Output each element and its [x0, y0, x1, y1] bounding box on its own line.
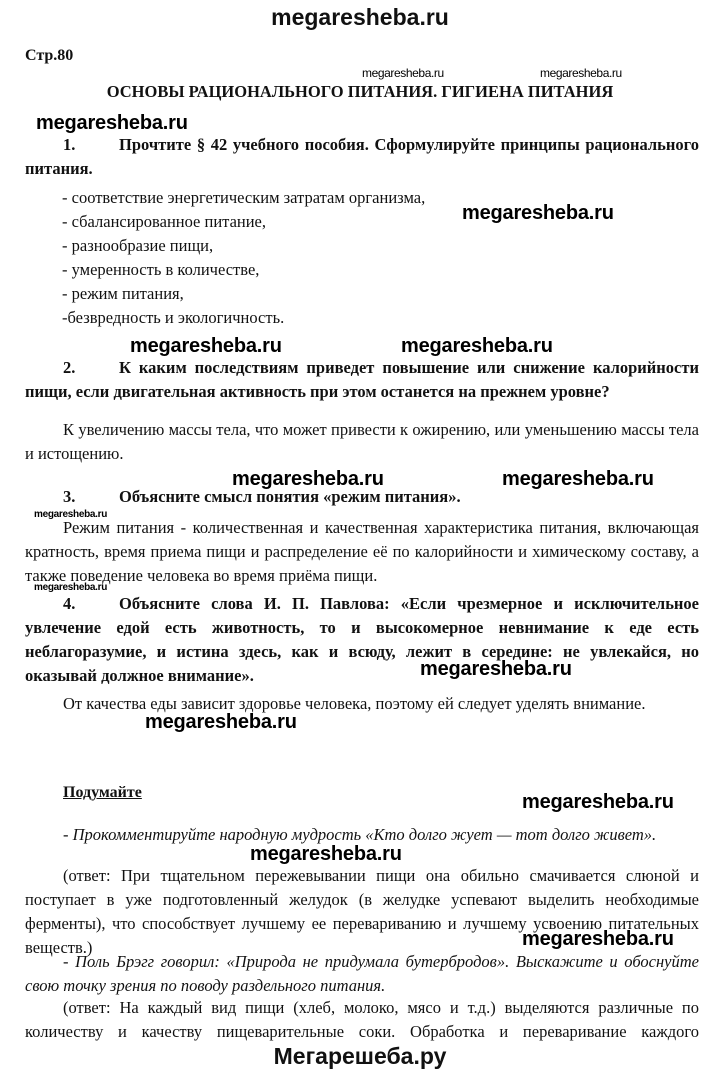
watermark: megaresheba.ru: [362, 66, 444, 80]
question-4: 4.Объясните слова И. П. Павлова: «Если ч…: [25, 592, 699, 688]
list-item: -безвредность и экологичность.: [62, 306, 425, 330]
question-text: К каким последствиям приведет повышение …: [25, 358, 699, 401]
question-text: Прочтите § 42 учебного пособия. Сформули…: [25, 135, 699, 178]
think-answer-2: (ответ: На каждый вид пищи (хлеб, молоко…: [25, 996, 699, 1044]
question-number: 2.: [25, 356, 119, 380]
watermark: megaresheba.ru: [522, 928, 674, 951]
answer-2: К увеличению массы тела, что может приве…: [25, 418, 699, 466]
page-title: ОСНОВЫ РАЦИОНАЛЬНОГО ПИТАНИЯ. ГИГИЕНА ПИ…: [0, 82, 720, 102]
answer-list-1: - соответствие энергетическим затратам о…: [62, 186, 425, 330]
watermark: megaresheba.ru: [36, 112, 188, 135]
question-text: Объясните слова И. П. Павлова: «Если чре…: [25, 594, 699, 685]
question-3: 3.Объясните смысл понятия «режим питания…: [25, 485, 699, 509]
watermark: megaresheba.ru: [462, 202, 614, 225]
site-header-watermark[interactable]: megaresheba.ru: [0, 4, 720, 31]
list-item: - сбалансированное питание,: [62, 210, 425, 234]
watermark: megaresheba.ru: [401, 335, 553, 358]
watermark: megaresheba.ru: [420, 658, 572, 681]
site-footer-brand[interactable]: Мегарешеба.ру: [0, 1043, 720, 1070]
think-heading: Подумайте: [63, 784, 142, 802]
watermark: megaresheba.ru: [145, 711, 297, 734]
page-number-label: Стр.80: [25, 47, 73, 65]
think-prompt-2: - Поль Брэгг говорил: «Природа не придум…: [25, 950, 699, 998]
question-number: 1.: [25, 133, 119, 157]
question-1: 1.Прочтите § 42 учебного пособия. Сформу…: [25, 133, 699, 181]
list-item: - соответствие энергетическим затратам о…: [62, 186, 425, 210]
watermark: megaresheba.ru: [522, 791, 674, 814]
answer-3: Режим питания - количественная и качеств…: [25, 516, 699, 588]
list-item: - умеренность в количестве,: [62, 258, 425, 282]
answer-4: От качества еды зависит здоровье человек…: [25, 692, 699, 716]
question-number: 4.: [25, 592, 119, 616]
question-2: 2.К каким последствиям приведет повышени…: [25, 356, 699, 404]
watermark: megaresheba.ru: [250, 843, 402, 866]
list-item: - разнообразие пищи,: [62, 234, 425, 258]
watermark: megaresheba.ru: [540, 66, 622, 80]
question-text: Объясните смысл понятия «режим питания».: [119, 487, 461, 506]
list-item: - режим питания,: [62, 282, 425, 306]
question-number: 3.: [25, 485, 119, 509]
watermark: megaresheba.ru: [130, 335, 282, 358]
